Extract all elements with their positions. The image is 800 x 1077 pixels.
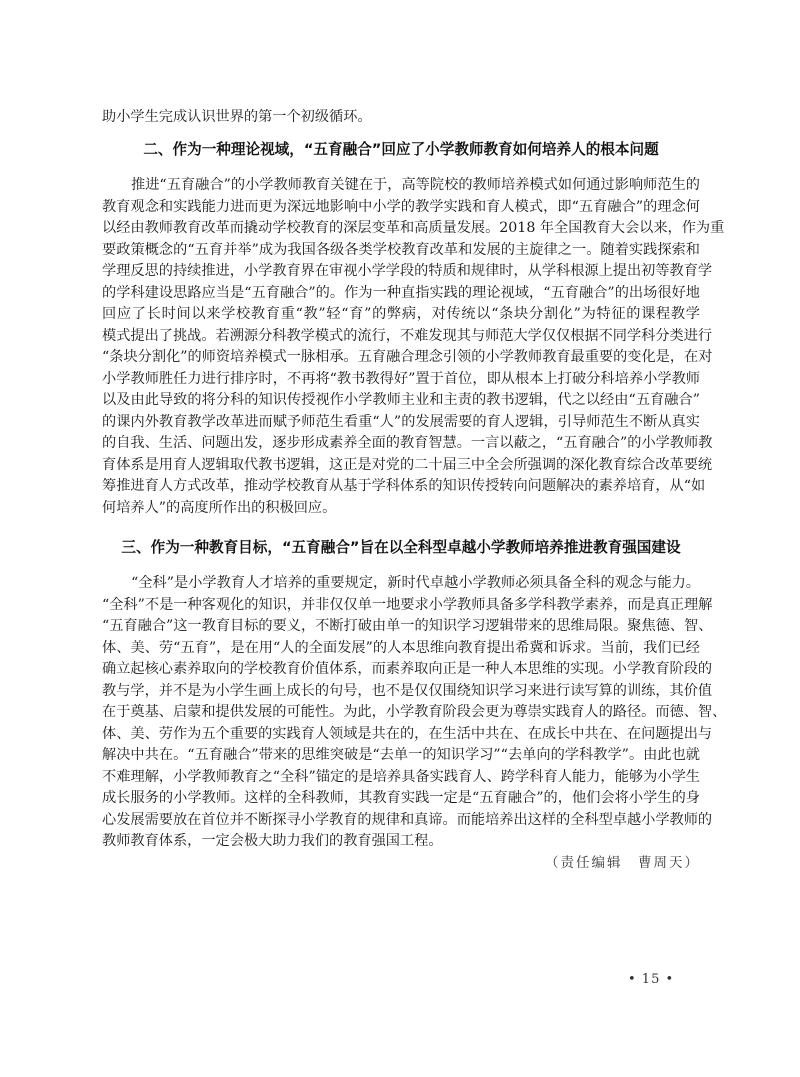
editor-credit: （责任编辑 曹周天） xyxy=(545,852,700,874)
paragraph-line: 学理反思的持续推进，小学教育界在审视小学学段的特质和规律时，从学科根源上提出初等… xyxy=(102,260,700,282)
paragraph-line: 教育观念和实践能力进而更为深远地影响中小学的教学实践和育人模式，即“五育融合”的… xyxy=(102,196,700,218)
paragraph-line: 筹推进育人方式改革，推动学校教育从基于学科体系的知识传授转向问题解决的素养培育，… xyxy=(102,475,700,497)
paragraph-line: 的自我、生活、问题出发，逐步形成素养全面的教育智慧。一言以蔽之，“五育融合”的小… xyxy=(102,432,700,454)
paragraph-line: “五育融合”这一教育目标的要义，不断打破由单一的知识学习逻辑带来的思维局限。聚焦… xyxy=(102,615,700,637)
paragraph-line: 确立起核心素养取向的学校教育价值体系，而素养取向正是一种人本思维的实现。小学教育… xyxy=(102,658,700,680)
paragraph-line: 推进“五育融合”的小学教师教育关键在于，高等院校的教师培养模式如何通过影响师范生… xyxy=(102,174,700,196)
paragraph-line: 解决中共在。“五育融合”带来的思维突破是“去单一的知识学习”“去单向的学科教学”… xyxy=(102,744,700,766)
paragraph-line: 要政策概念的“五育并举”成为我国各级各类学校教育改革和发展的主旋律之一。随着实践… xyxy=(102,239,700,261)
paragraph-line: 育体系是用育人逻辑取代教书逻辑，这正是对党的二十届三中全会所强调的深化教育综合改… xyxy=(102,454,700,476)
paragraph-line: 体、美、劳作为五个重要的实践育人领域是共在的，在生活中共在、在成长中共在、在问题… xyxy=(102,723,700,745)
paragraph-line: 以及由此导致的将分科的知识传授视作小学教师主业和主责的教书逻辑，代之以经由“五育… xyxy=(102,389,700,411)
paragraph-line: “条块分割化”的师资培养模式一脉相承。五育融合理念引领的小学教师教育最重要的变化… xyxy=(102,346,700,368)
intro-paragraph-tail: 助小学生完成认识世界的第一个初级循环。 xyxy=(102,106,700,128)
paragraph-line: 模式提出了挑战。若溯源分科教学模式的流行，不难发现其与师范大学仅仅根据不同学科分… xyxy=(102,325,700,347)
paragraph-line: 在于奠基、启蒙和提供发展的可能性。为此，小学教育阶段会更为尊崇实践育人的路径。而… xyxy=(102,701,700,723)
paragraph-line: 教与学，并不是为小学生画上成长的句号，也不是仅仅围绕知识学习来进行读写算的训练，… xyxy=(102,680,700,702)
paragraph-line: 何培养人”的高度所作出的积极回应。 xyxy=(102,497,700,519)
paragraph-line: 不难理解，小学教师教育之“全科”锚定的是培养具备实践育人、跨学科育人能力，能够为… xyxy=(102,766,700,788)
paragraph-line: 教师教育体系，一定会极大助力我们的教育强国工程。 xyxy=(102,830,700,852)
paragraph-line: 体、美、劳“五育”，是在用“人的全面发展”的人本思维向教育提出希冀和诉求。当前，… xyxy=(102,637,700,659)
section-3-heading: 三、作为一种教育目标，“五育融合”旨在以全科型卓越小学教师培养推进教育强国建设 xyxy=(102,536,700,560)
paragraph-line: 的学科建设思路应当是“五育融合”的。作为一种直指实践的理论视域，“五育融合”的出… xyxy=(102,282,700,304)
paragraph-line: “全科”是小学教育人才培养的重要规定，新时代卓越小学教师必须具备全科的观念与能力… xyxy=(102,572,700,594)
page-number: • 15 • xyxy=(628,972,674,987)
paragraph-line: 成长服务的小学教师。这样的全科教师，其教育实践一定是“五育融合”的，他们会将小学… xyxy=(102,787,700,809)
paragraph-line: 以经由教师教育改革而撬动学校教育的深层变革和高质量发展。2018 年全国教育大会… xyxy=(102,217,700,239)
paragraph-line: “全科”不是一种客观化的知识，并非仅仅单一地要求小学教师具备多学科教学素养，而是… xyxy=(102,594,700,616)
paragraph-line: 心发展需要放在首位并不断探寻小学教育的规律和真谛。而能培养出这样的全科型卓越小学… xyxy=(102,809,700,831)
paragraph-line: 小学教师胜任力进行排序时，不再将“教书教得好”置于首位，即从根本上打破分科培养小… xyxy=(102,368,700,390)
paragraph-line: 回应了长时间以来学校教育重“教”轻“育”的弊病，对传统以“条块分割化”为特征的课… xyxy=(102,303,700,325)
paragraph-line: 的课内外教育教学改革进而赋予师范生看重“人”的发展需要的育人逻辑，引导师范生不断… xyxy=(102,411,700,433)
section-2-heading: 二、作为一种理论视域，“五育融合”回应了小学教师教育如何培养人的根本问题 xyxy=(102,138,700,162)
